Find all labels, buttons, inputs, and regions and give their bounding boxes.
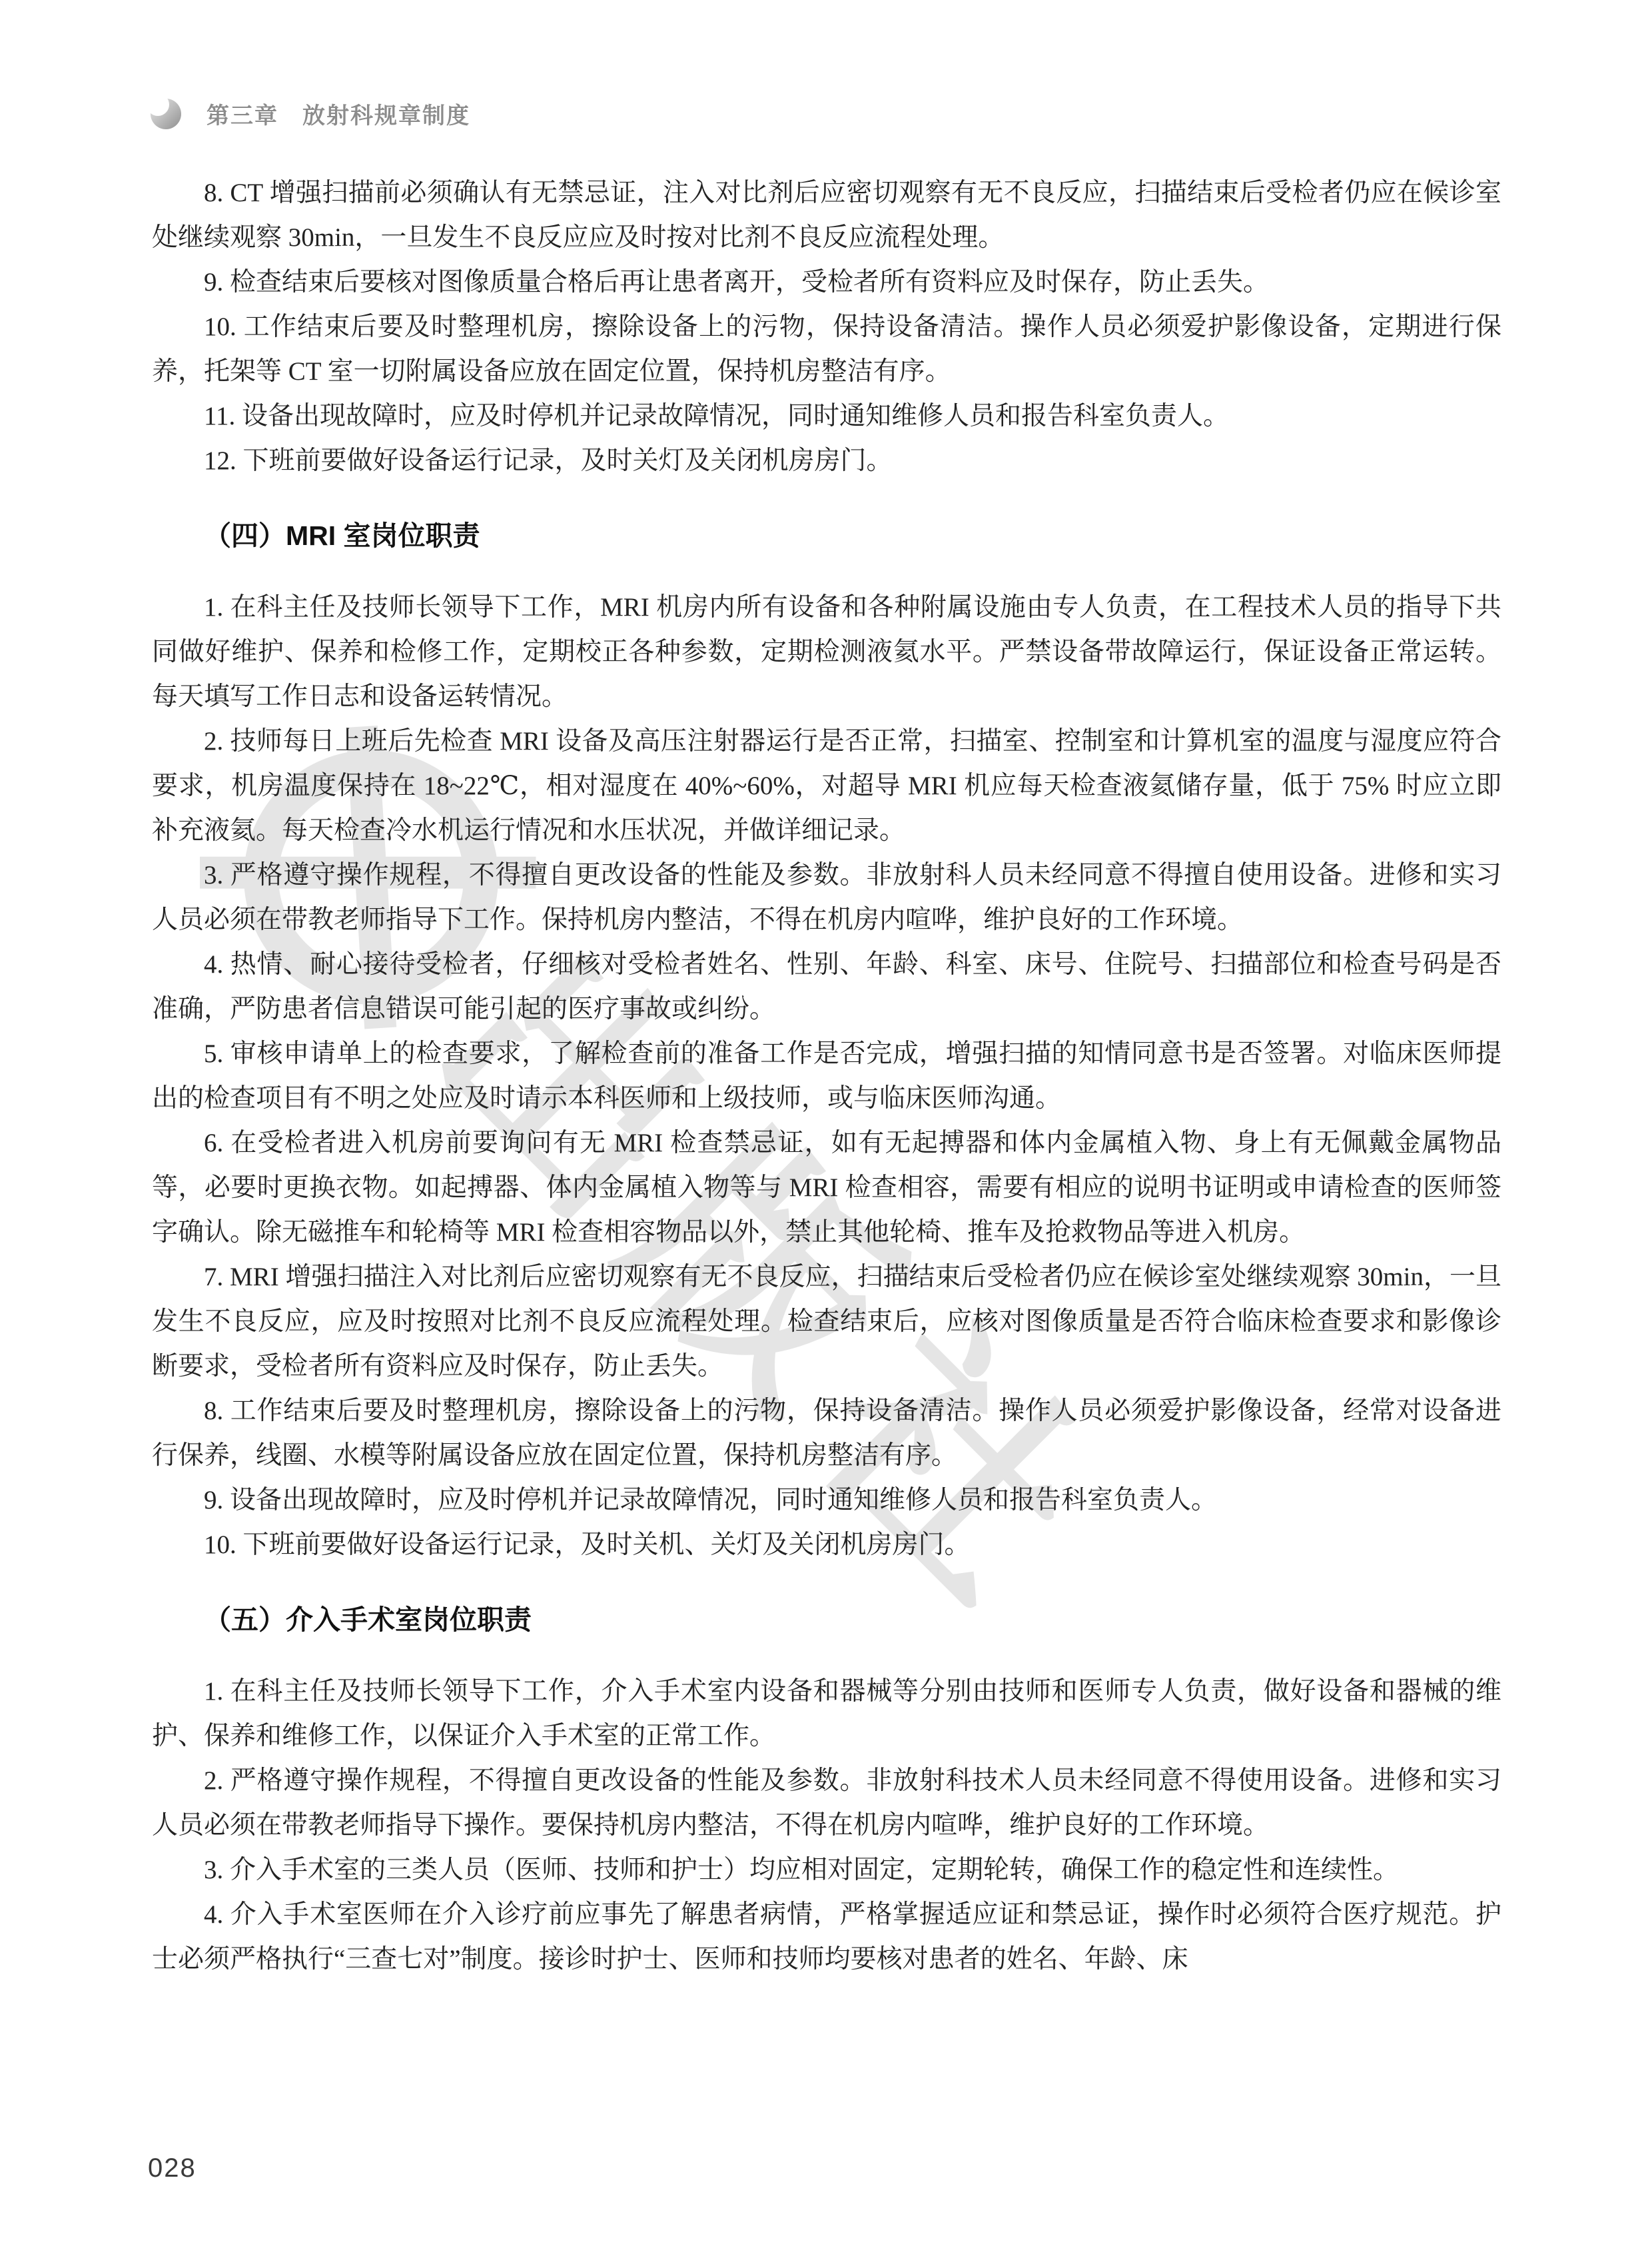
ct-item-8: 8. CT 增强扫描前必须确认有无禁忌证，注入对比剂后应密切观察有无不良反应，扫… [152, 171, 1501, 260]
iv-item-1: 1. 在科主任及技师长领导下工作，介入手术室内设备和器械等分别由技师和医师专人负… [152, 1669, 1501, 1758]
page-body: 8. CT 增强扫描前必须确认有无禁忌证，注入对比剂后应密切观察有无不良反应，扫… [152, 171, 1501, 1981]
iv-item-2: 2. 严格遵守操作规程，不得擅自更改设备的性能及参数。非放射科技术人员未经同意不… [152, 1758, 1501, 1848]
ct-item-12: 12. 下班前要做好设备运行记录，及时关灯及关闭机房房门。 [152, 438, 1501, 483]
mri-item-3: 3. 严格遵守操作规程，不得擅自更改设备的性能及参数。非放射科人员未经同意不得擅… [152, 853, 1501, 942]
chapter-title: 放射科规章制度 [302, 97, 470, 130]
mri-item-7: 7. MRI 增强扫描注入对比剂后应密切观察有无不良反应，扫描结束后受检者仍应在… [152, 1255, 1501, 1389]
section-heading-interventional: （五）介入手术室岗位职责 [152, 1598, 1501, 1642]
mri-item-10: 10. 下班前要做好设备运行记录，及时关机、关灯及关闭机房房门。 [152, 1522, 1501, 1567]
chapter-label: 第三章 [206, 97, 278, 130]
iv-item-3: 3. 介入手术室的三类人员（医师、技师和护士）均应相对固定，定期轮转，确保工作的… [152, 1848, 1501, 1892]
mri-item-5: 5. 审核申请单上的检查要求，了解检查前的准备工作是否完成，增强扫描的知情同意书… [152, 1031, 1501, 1121]
chapter-ornament-icon [151, 99, 181, 129]
mri-item-9: 9. 设备出现故障时，应及时停机并记录故障情况，同时通知维修人员和报告科室负责人… [152, 1478, 1501, 1522]
mri-item-1: 1. 在科主任及技师长领导下工作，MRI 机房内所有设备和各种附属设施由专人负责… [152, 585, 1501, 719]
ct-item-9: 9. 检查结束后要核对图像质量合格后再让患者离开，受检者所有资料应及时保存，防止… [152, 260, 1501, 304]
ct-item-11: 11. 设备出现故障时，应及时停机并记录故障情况，同时通知维修人员和报告科室负责… [152, 394, 1501, 438]
page-number: 028 [148, 2153, 197, 2183]
running-head: 第三章 放射科规章制度 [151, 97, 470, 130]
mri-item-2: 2. 技师每日上班后先检查 MRI 设备及高压注射器运行是否正常，扫描室、控制室… [152, 719, 1501, 853]
ct-item-10: 10. 工作结束后要及时整理机房，擦除设备上的污物，保持设备清洁。操作人员必须爱… [152, 304, 1501, 394]
section-heading-mri: （四）MRI 室岗位职责 [152, 514, 1501, 558]
mri-item-8: 8. 工作结束后要及时整理机房，擦除设备上的污物，保持设备清洁。操作人员必须爱护… [152, 1389, 1501, 1478]
mri-item-6: 6. 在受检者进入机房前要询问有无 MRI 检查禁忌证，如有无起搏器和体内金属植… [152, 1121, 1501, 1255]
mri-item-4: 4. 热情、耐心接待受检者，仔细核对受检者姓名、性别、年龄、科室、床号、住院号、… [152, 942, 1501, 1031]
iv-item-4: 4. 介入手术室医师在介入诊疗前应事先了解患者病情，严格掌握适应证和禁忌证，操作… [152, 1892, 1501, 1981]
